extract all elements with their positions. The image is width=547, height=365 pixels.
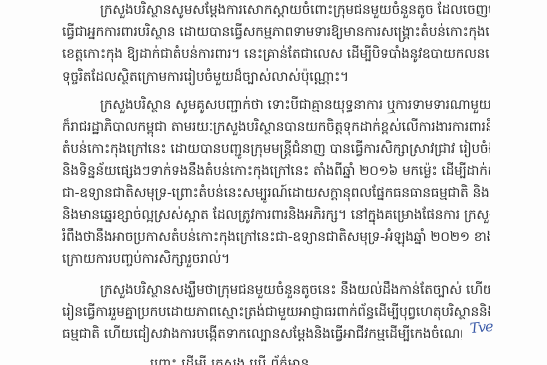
- paragraph-line: តំបន់កោះកុងក្រៅនេះ ដោយបានបញ្ជូនក្រុមមន្ត…: [62, 139, 490, 159]
- paragraph-line: ក្រោយការបញ្ចប់ការសិក្សារួចរាល់។: [62, 249, 490, 269]
- paragraph-line: ធ្វើជាអ្នកការពារបរិស្ថាន ដោយបានធ្វើសកម្ម…: [62, 22, 490, 42]
- partial-bottom-line: ព្រោះ ដើម្បី ក្រសួង ប្រើ ព័ត៌មាន: [150, 354, 500, 365]
- paragraph-line: ក្រសួងបរិស្ថាន សូមគូសបញ្ជាក់ថា ទោះបីជាគ្…: [100, 95, 490, 115]
- paragraph-line: រំពឹងថានឹងអាចប្រកាសតំបន់កោះកុងក្រៅនេះជា-…: [62, 227, 490, 247]
- paragraph-line: ខេត្តកោះកុង ឱ្យដាក់ជាតំបន់ការពារ។ នេះគ្រ…: [62, 44, 490, 64]
- paragraph-line: ក្រសួងបរិស្ថានសូមសម្តែងការសោកស្តាយចំពោះក…: [100, 0, 490, 20]
- paragraph-line: ជា-ឧទ្យានជាតិសមុទ្រ-ព្រោះតំបន់នេះសម្បូរណ…: [62, 183, 490, 203]
- handwritten-initials: Tve: [469, 319, 493, 337]
- paragraph-line: រៀនធ្វើការរួមគ្នាប្រកបដោយភាពស្មោះត្រង់ជា…: [62, 302, 490, 322]
- paragraph-line: ក៏រាជរដ្ឋាភិបាលកម្ពុជា តាមរយៈក្រសួងបរិស្…: [62, 117, 490, 137]
- paragraph-line: ធម្មជាតិ ហើយជៀសវាងការបង្កើតទាកល្បោនសម្តែ…: [62, 324, 462, 344]
- paragraph-line: និងទិន្នន័យផ្សេងៗទាក់ទងនឹងតំបន់កោះកុងក្រ…: [62, 161, 490, 181]
- paragraph-line: ក្រសួងបរិស្ថានសង្ឃឹមថាក្រុមជនមួយចំនួនតូច…: [100, 280, 490, 300]
- paragraph-line: ទុច្ចរិតដែលស្ថិតក្រោមការរៀបចំមួយដ៏ច្បាស់…: [62, 67, 490, 87]
- scanned-document-page: ក្រសួងបរិស្ថានសូមសម្តែងការសោកស្តាយចំពោះក…: [0, 0, 547, 365]
- paragraph-line: និងមានឆ្នេរខ្សាច់ល្អស្រស់ស្អាត ដែលត្រូវក…: [62, 205, 490, 225]
